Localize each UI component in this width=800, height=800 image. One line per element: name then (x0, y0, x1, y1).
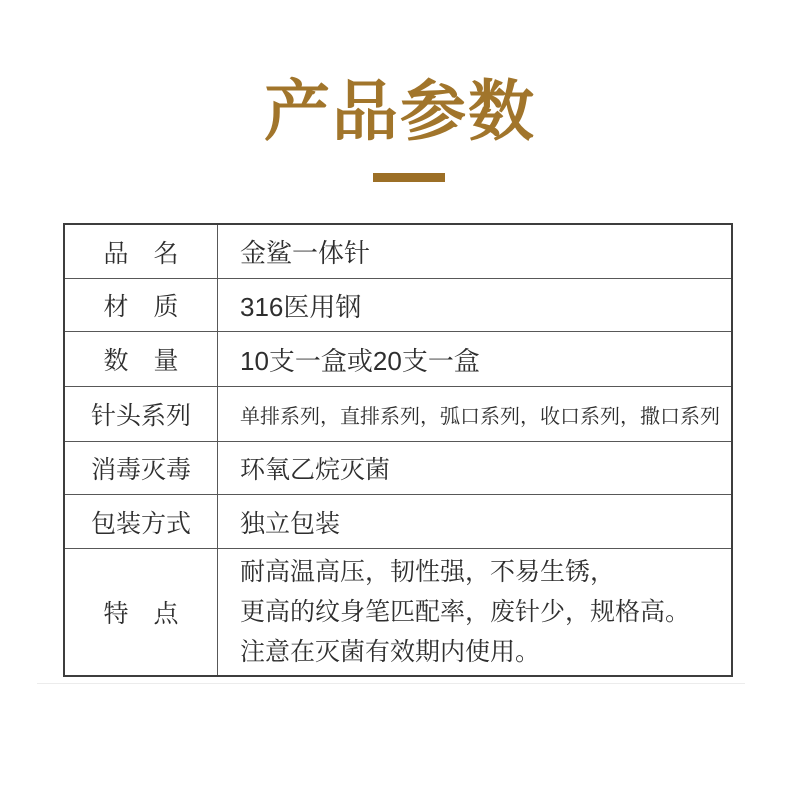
row-value: 独立包装 (218, 495, 731, 548)
bottom-shadow-line (37, 683, 745, 684)
table-row-product-name: 品 名 金鲨一体针 (65, 225, 731, 279)
table-row-features: 特 点 耐高温高压，韧性强，不易生锈， 更高的纹身笔匹配率，废针少，规格高。 注… (65, 549, 731, 675)
row-label: 特 点 (65, 549, 218, 675)
title-underline-dash (373, 173, 445, 182)
row-label: 数 量 (65, 332, 218, 386)
row-label: 消毒灭毒 (65, 442, 218, 494)
table-row-packaging: 包装方式 独立包装 (65, 495, 731, 549)
row-value: 环氧乙烷灭菌 (218, 442, 731, 494)
row-label: 针头系列 (65, 387, 218, 441)
row-label: 材 质 (65, 279, 218, 331)
product-parameters-table: 品 名 金鲨一体针 材 质 316医用钢 数 量 10支一盒或20支一盒 针头系… (63, 223, 733, 677)
row-value: 单排系列，直排系列，弧口系列，收口系列，撒口系列 (218, 387, 731, 441)
row-value: 316医用钢 (218, 279, 731, 331)
row-label: 包装方式 (65, 495, 218, 548)
table-row-needle-series: 针头系列 单排系列，直排系列，弧口系列，收口系列，撒口系列 (65, 387, 731, 442)
row-value: 耐高温高压，韧性强，不易生锈， 更高的纹身笔匹配率，废针少，规格高。 注意在灭菌… (218, 549, 731, 675)
table-row-sterilization: 消毒灭毒 环氧乙烷灭菌 (65, 442, 731, 495)
row-label: 品 名 (65, 225, 218, 278)
row-value: 金鲨一体针 (218, 225, 731, 278)
table-row-quantity: 数 量 10支一盒或20支一盒 (65, 332, 731, 387)
product-parameters-page: 产品参数 品 名 金鲨一体针 材 质 316医用钢 数 量 10支一盒或20支一… (0, 0, 800, 800)
table-row-material: 材 质 316医用钢 (65, 279, 731, 332)
row-value: 10支一盒或20支一盒 (218, 332, 731, 386)
page-title: 产品参数 (0, 74, 800, 150)
